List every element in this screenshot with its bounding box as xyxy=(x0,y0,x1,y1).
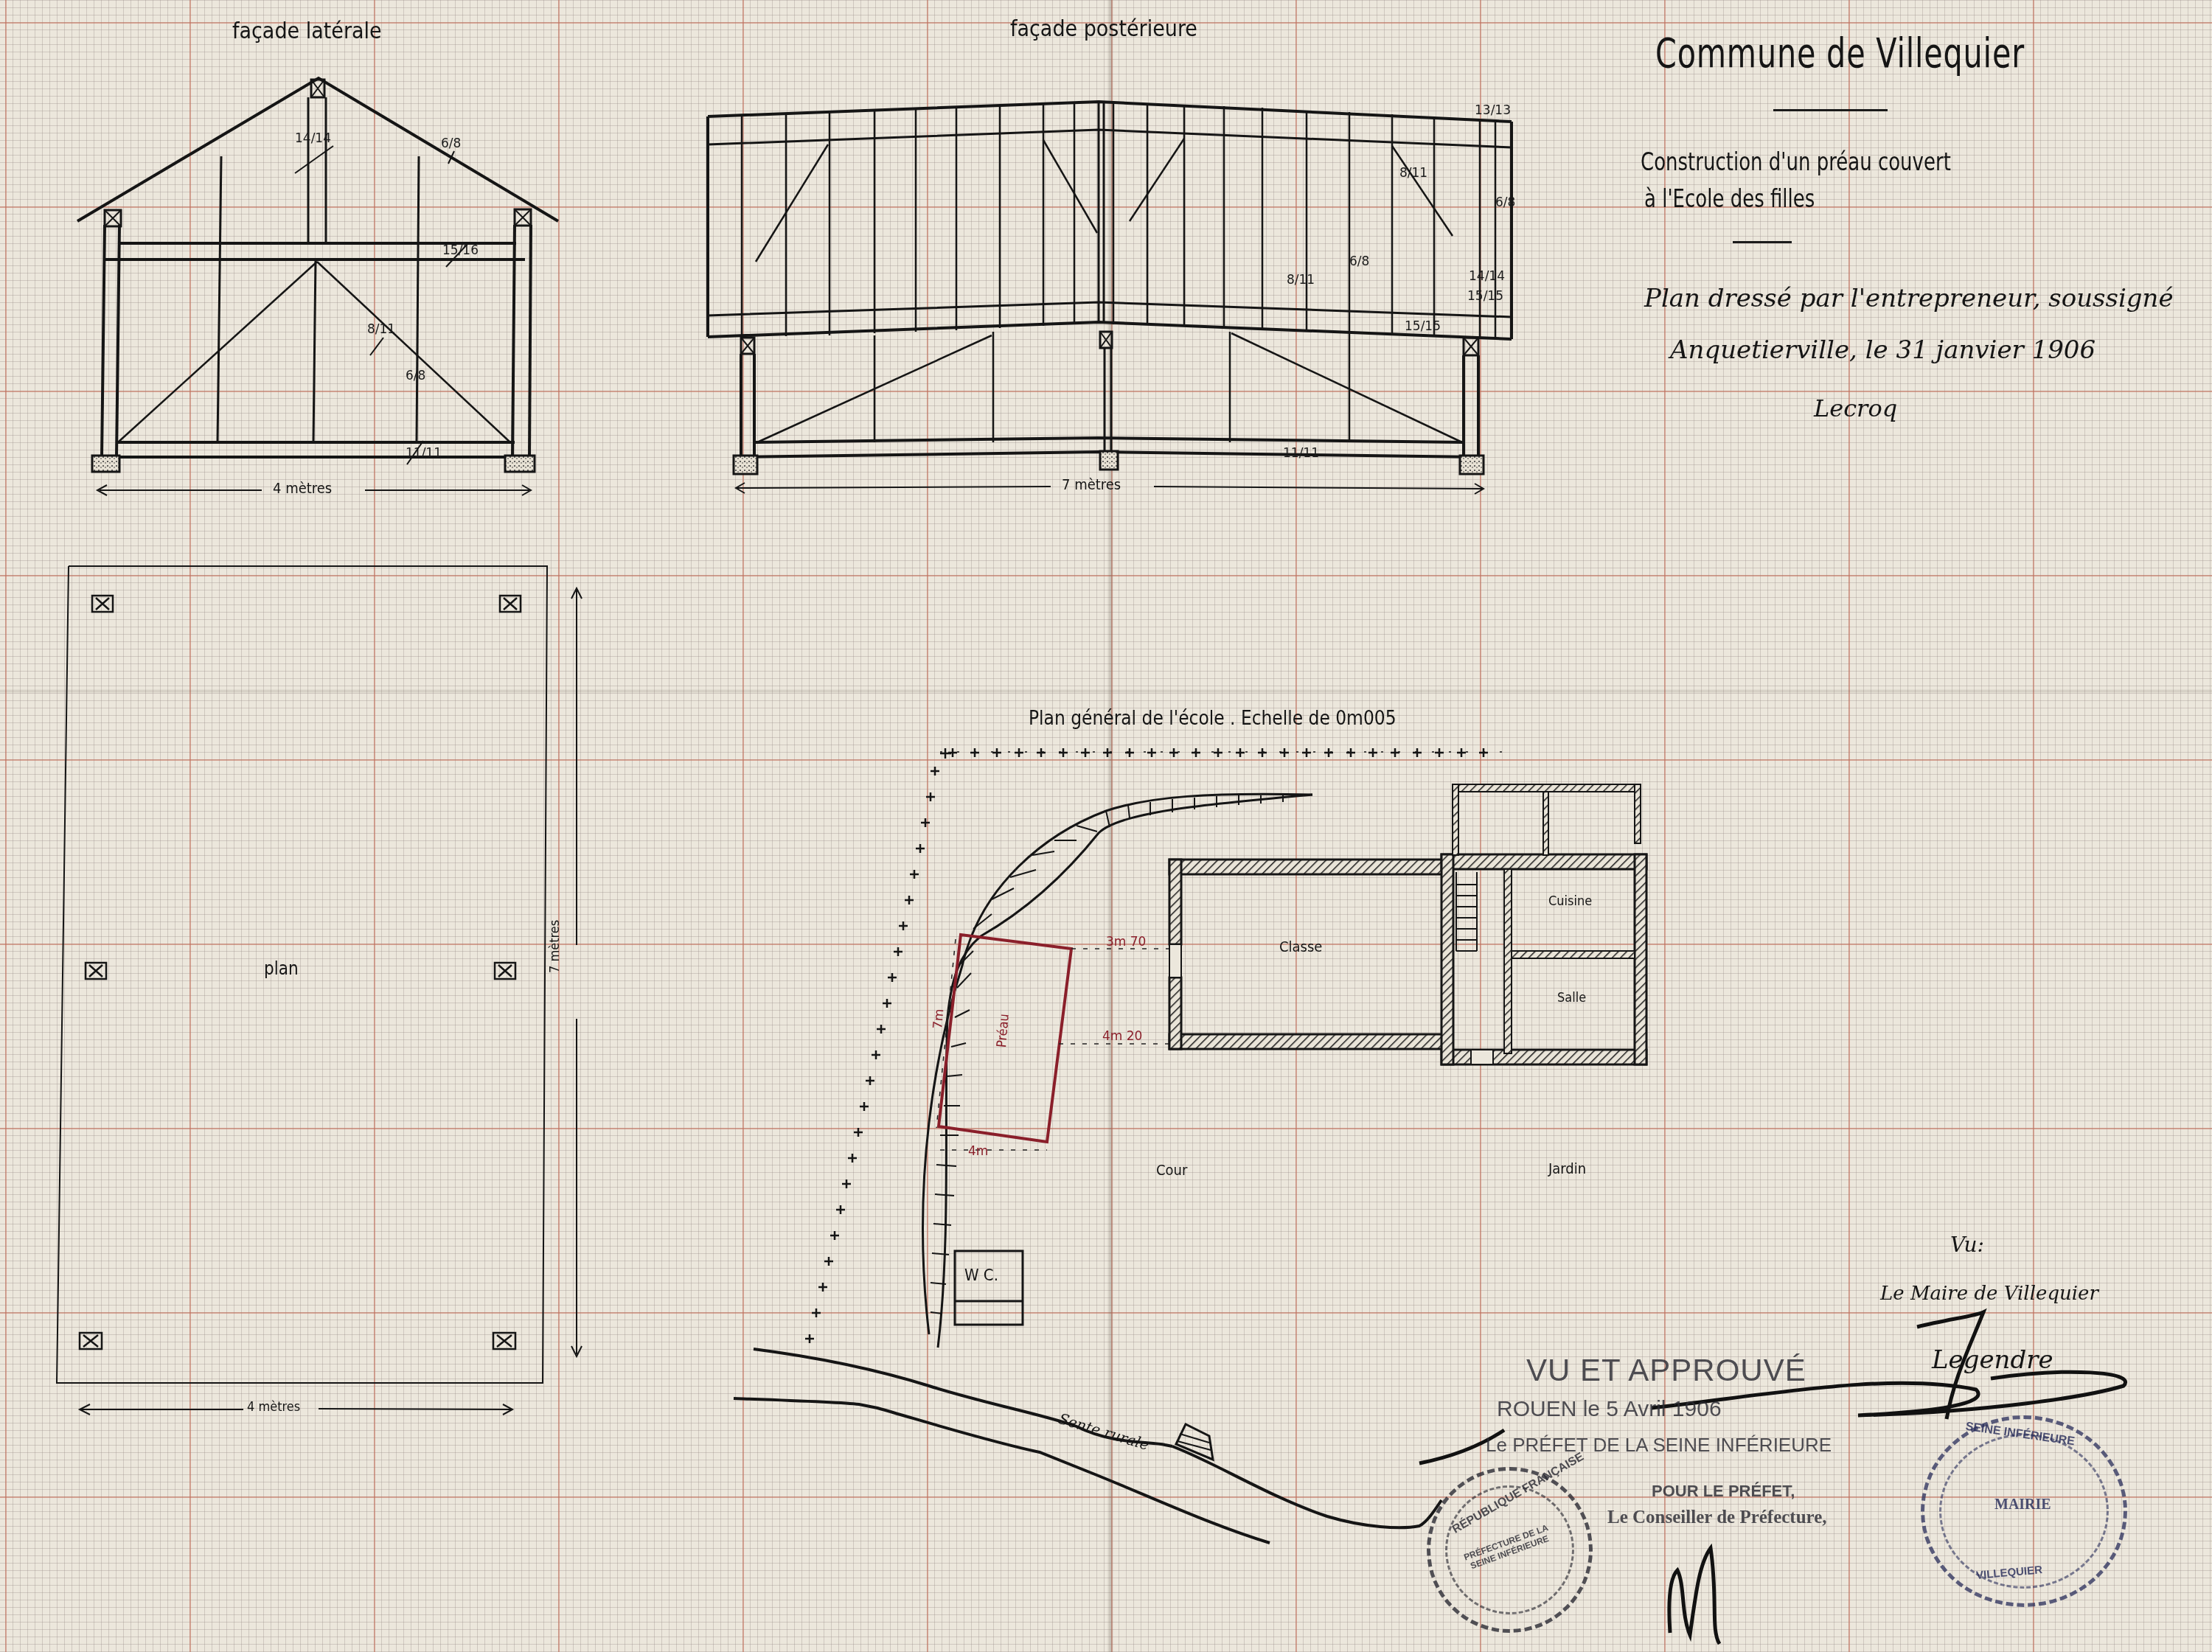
facade-laterale-width: 4 mètres xyxy=(273,479,332,497)
dim-beam: 15/15 xyxy=(1405,319,1441,334)
facade-posterieure-title: façade postérieure xyxy=(1010,16,1197,42)
stamp-place-date: ROUEN le 5 Avril 1906 xyxy=(1497,1397,1722,1422)
prefecture-seal: RÉPUBLIQUE FRANÇAISE PRÉFECTURE DE LA SE… xyxy=(1427,1467,1593,1633)
dim-post-top: 6/8 xyxy=(1495,195,1515,210)
area-cour: Cour xyxy=(1156,1161,1187,1179)
project-title-line1: Construction d'un préau couvert xyxy=(1641,147,1951,177)
school-building xyxy=(1169,784,1646,1064)
stamp-pour-le-prefet: POUR LE PRÉFET, xyxy=(1652,1482,1795,1501)
mayor-title: Le Maire de Villequier xyxy=(1880,1283,2098,1305)
dim-post: 6/8 xyxy=(406,369,425,383)
commune-title: Commune de Villequier xyxy=(1655,29,2025,77)
dim-stud: 6/8 xyxy=(1349,254,1369,269)
mairie-seal: SEINE INFÉRIEURE MAIRIE VILLEQUIER xyxy=(1921,1415,2127,1607)
mairie-seal-center-text: MAIRIE xyxy=(1994,1496,2051,1513)
dim-lower-brace: 8/11 xyxy=(1287,273,1315,287)
wc-building xyxy=(955,1251,1023,1325)
title-divider xyxy=(1773,109,1888,111)
dim-king-post: 14/14 xyxy=(295,131,331,146)
room-salle: Salle xyxy=(1557,990,1586,1006)
architectural-drawing xyxy=(0,0,2212,1652)
hedge-boundary xyxy=(778,748,951,1342)
plan-width-label: 4 mètres xyxy=(247,1399,300,1415)
stamp-conseiller: Le Conseiller de Préfecture, xyxy=(1607,1508,1827,1528)
plan-by-line1: Plan dressé par l'entrepreneur, soussign… xyxy=(1644,284,2174,313)
area-jardin: Jardin xyxy=(1548,1160,1586,1177)
room-cuisine: Cuisine xyxy=(1548,893,1592,909)
stamp-vu-et-approuve: VU ET APPROUVÉ xyxy=(1526,1353,1806,1388)
preau-length: 7m xyxy=(931,1008,947,1030)
dim-lower-post: 15/15 xyxy=(1467,289,1503,304)
plan-height-label: 7 mètres xyxy=(547,920,563,973)
dim-top-plate: 13/13 xyxy=(1475,103,1511,118)
project-title-line2: à l'Ecole des filles xyxy=(1644,184,1815,214)
room-wc: W C. xyxy=(964,1266,998,1285)
mayor-signature: Legendre xyxy=(1932,1345,2053,1375)
subtitle-divider xyxy=(1733,241,1792,243)
plan-preau-drawing xyxy=(57,566,582,1415)
dim-corner-post: 14/14 xyxy=(1469,269,1505,284)
contractor-signature: Lecroq xyxy=(1814,394,1897,422)
dim-post-sill: 11/11 xyxy=(1283,446,1319,461)
facade-posterieure-width: 7 mètres xyxy=(1062,475,1121,493)
preau-width: 4m xyxy=(968,1144,988,1159)
stamp-prefet: Le PRÉFET DE LA SEINE INFÉRIEURE xyxy=(1486,1434,1832,1457)
plan-by-line2: Anquetierville, le 31 janvier 1906 xyxy=(1670,335,2096,365)
facade-laterale-title: façade latérale xyxy=(232,18,382,44)
preau-offset-top: 3m 70 xyxy=(1106,935,1146,949)
plan-general-title: Plan général de l'école . Echelle de 0m0… xyxy=(1029,708,1397,730)
dim-brace: 8/11 xyxy=(367,322,395,337)
facade-posterieure-drawing xyxy=(708,102,1512,494)
plan-label: plan xyxy=(264,958,299,979)
dim-rafter: 6/8 xyxy=(441,136,461,151)
dim-tie-beam: 15/16 xyxy=(442,243,479,258)
mayor-vu: Vu: xyxy=(1950,1233,1984,1257)
room-preau: Préau xyxy=(994,1013,1012,1048)
room-classe: Classe xyxy=(1279,938,1322,955)
dim-brace-top: 8/11 xyxy=(1399,166,1427,181)
dim-sill: 11/11 xyxy=(406,446,442,461)
preau-offset-bottom: 4m 20 xyxy=(1102,1029,1142,1044)
